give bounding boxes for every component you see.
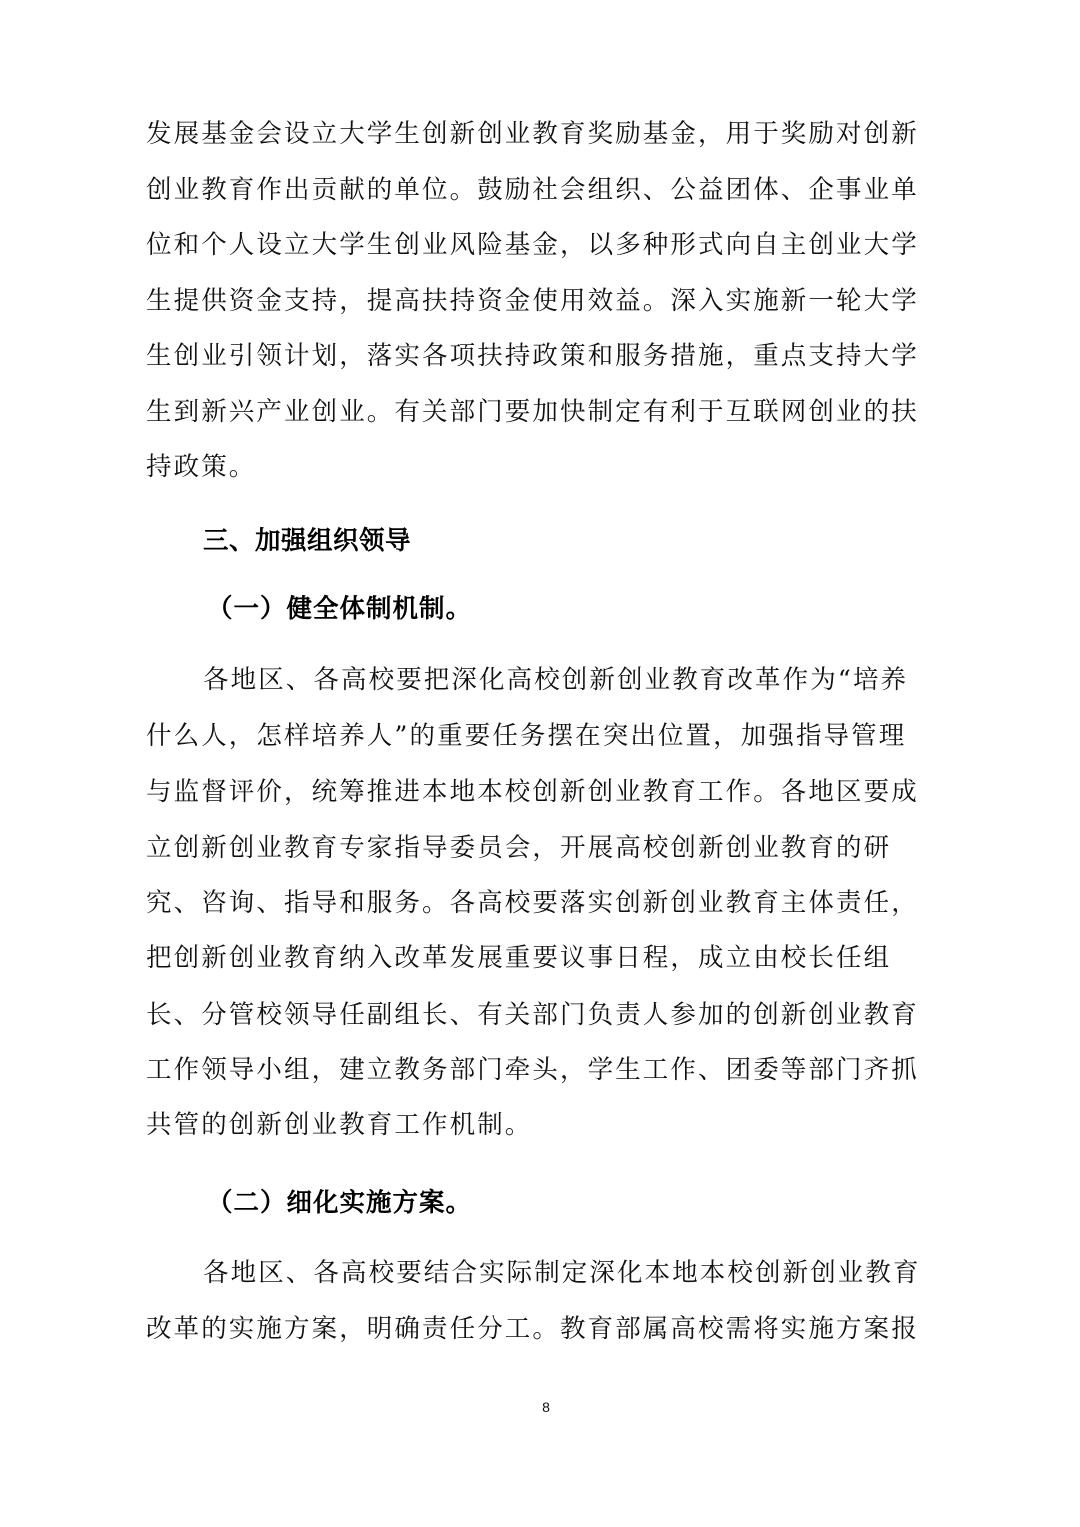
subsection-heading: （一）健全体制机制。 <box>207 592 472 626</box>
paragraph-line: 生创业引领计划，落实各项扶持政策和服务措施，重点支持大学 <box>146 339 966 373</box>
paragraph-line: 工作领导小组，建立教务部门牵头，学生工作、团委等部门齐抓 <box>146 1053 966 1087</box>
paragraph-line: 什么人，怎样培养人”的重要任务摆在突出位置，加强指导管理 <box>146 719 966 753</box>
paragraph-line: 立创新创业教育专家指导委员会，开展高校创新创业教育的研 <box>146 831 966 865</box>
paragraph-line: 各地区、各高校要结合实际制定深化本地本校创新创业教育 <box>203 1256 1023 1290</box>
subsection-heading: （二）细化实施方案。 <box>207 1186 472 1220</box>
paragraph-line: 把创新创业教育纳入改革发展重要议事日程，成立由校长任组 <box>146 941 966 975</box>
paragraph-line: 生到新兴产业创业。有关部门要加快制定有利于互联网创业的扶 <box>146 395 966 429</box>
paragraph-line: 生提供资金支持，提高扶持资金使用效益。深入实施新一轮大学 <box>146 284 966 318</box>
paragraph-line: 位和个人设立大学生创业风险基金，以多种形式向自主创业大学 <box>146 228 966 262</box>
document-page: 发展基金会设立大学生创新创业教育奖励基金，用于奖励对创新 创业教育作出贡献的单位… <box>0 0 1080 1527</box>
paragraph-line: 究、咨询、指导和服务。各高校要落实创新创业教育主体责任， <box>146 886 966 920</box>
paragraph-line: 共管的创新创业教育工作机制。 <box>146 1108 966 1142</box>
page-number: 8 <box>0 1399 1080 1415</box>
paragraph-line: 发展基金会设立大学生创新创业教育奖励基金，用于奖励对创新 <box>146 117 966 151</box>
paragraph-line: 改革的实施方案，明确责任分工。教育部属高校需将实施方案报 <box>146 1312 966 1346</box>
paragraph-line: 持政策。 <box>146 450 966 484</box>
paragraph-line: 与监督评价，统筹推进本地本校创新创业教育工作。各地区要成 <box>146 775 966 809</box>
paragraph-line: 各地区、各高校要把深化高校创新创业教育改革作为“培养 <box>203 663 1023 697</box>
paragraph-line: 创业教育作出贡献的单位。鼓励社会组织、公益团体、企事业单 <box>146 173 966 207</box>
paragraph-line: 长、分管校领导任副组长、有关部门负责人参加的创新创业教育 <box>146 998 966 1032</box>
section-heading: 三、加强组织领导 <box>203 524 411 558</box>
